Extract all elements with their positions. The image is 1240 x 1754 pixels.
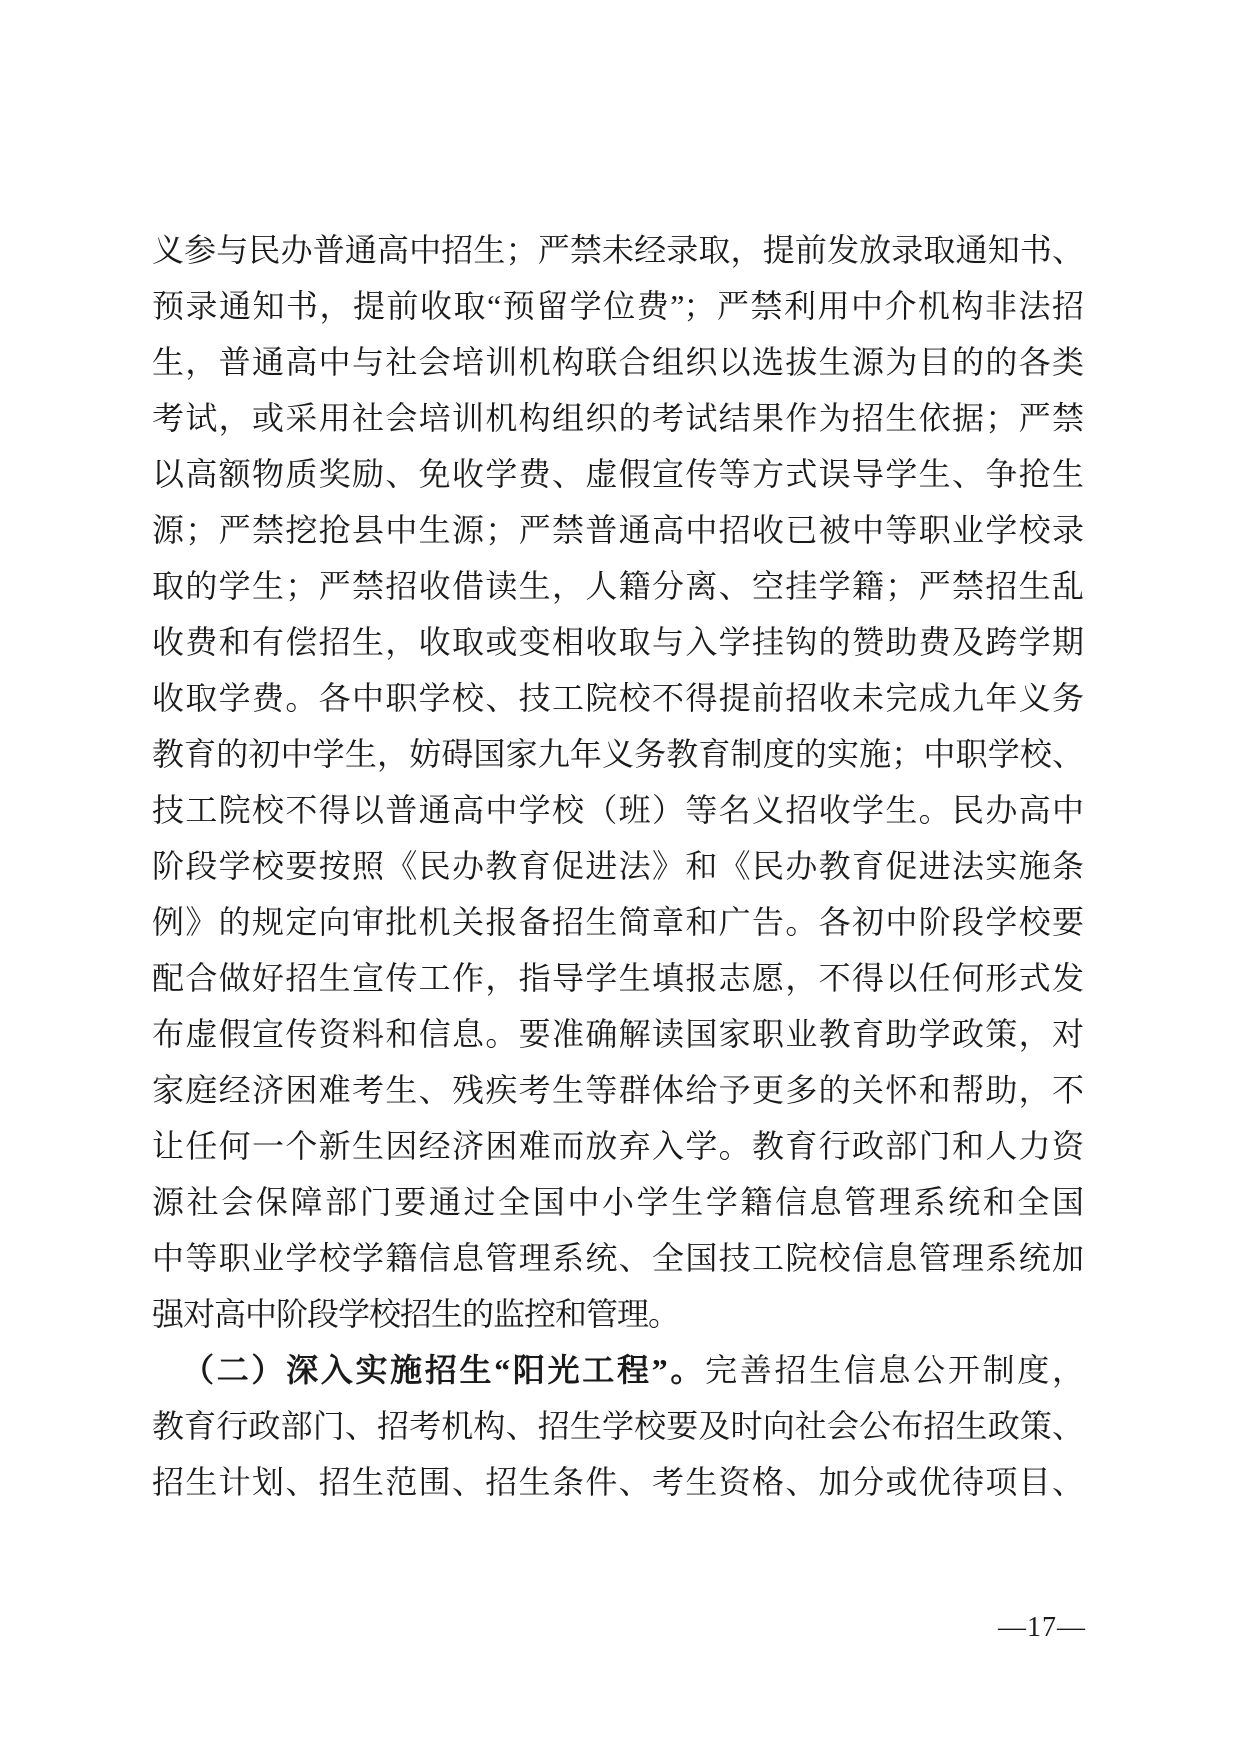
text-line: 预录通知书，提前收取“预留学位费”；严禁利用中介机构非法招	[152, 278, 1083, 334]
text-line: 让任何一个新生因经济困难而放弃入学。教育行政部门和人力资	[152, 1118, 1083, 1174]
text-line: 强对高中阶段学校招生的监控和管理。	[152, 1286, 1083, 1342]
text-line: 技工院校不得以普通高中学校（班）等名义招收学生。民办高中	[152, 782, 1083, 838]
document-page: 义参与民办普通高中招生；严禁未经录取，提前发放录取通知书、预录通知书，提前收取“…	[0, 0, 1240, 1754]
text-line: 例》的规定向审批机关报备招生简章和广告。各初中阶段学校要	[152, 894, 1083, 950]
text-line: 中等职业学校学籍信息管理系统、全国技工院校信息管理系统加	[152, 1230, 1083, 1286]
text-line: 义参与民办普通高中招生；严禁未经录取，提前发放录取通知书、	[152, 222, 1083, 278]
text-line: 以高额物质奖励、免收学费、虚假宣传等方式误导学生、争抢生	[152, 446, 1083, 502]
text-line: 生，普通高中与社会培训机构联合组织以选拔生源为目的的各类	[152, 334, 1083, 390]
text-line: 布虚假宣传资料和信息。要准确解读国家职业教育助学政策，对	[152, 1006, 1083, 1062]
text-line: 收费和有偿招生，收取或变相收取与入学挂钩的赞助费及跨学期	[152, 614, 1083, 670]
text-line: 源社会保障部门要通过全国中小学生学籍信息管理系统和全国	[152, 1174, 1083, 1230]
text-line: 阶段学校要按照《民办教育促进法》和《民办教育促进法实施条	[152, 838, 1083, 894]
text-line: （二）深入实施招生“阳光工程”。完善招生信息公开制度，	[152, 1342, 1083, 1398]
text-line: 收取学费。各中职学校、技工院校不得提前招收未完成九年义务	[152, 670, 1083, 726]
text-line: 教育的初中学生，妨碍国家九年义务教育制度的实施；中职学校、	[152, 726, 1083, 782]
text-line: 取的学生；严禁招收借读生，人籍分离、空挂学籍；严禁招生乱	[152, 558, 1083, 614]
text-line: 配合做好招生宣传工作，指导学生填报志愿，不得以任何形式发	[152, 950, 1083, 1006]
page-number: —17—	[998, 1612, 1086, 1644]
text-line: 考试，或采用社会培训机构组织的考试结果作为招生依据；严禁	[152, 390, 1083, 446]
body-text: 义参与民办普通高中招生；严禁未经录取，提前发放录取通知书、预录通知书，提前收取“…	[152, 222, 1083, 1510]
text-line: 源；严禁挖抢县中生源；严禁普通高中招收已被中等职业学校录	[152, 502, 1083, 558]
text-line: 家庭经济困难考生、残疾考生等群体给予更多的关怀和帮助，不	[152, 1062, 1083, 1118]
text-line: 教育行政部门、招考机构、招生学校要及时向社会公布招生政策、	[152, 1398, 1083, 1454]
text-line: 招生计划、招生范围、招生条件、考生资格、加分或优待项目、	[152, 1454, 1083, 1510]
paragraph-heading: （二）深入实施招生“阳光工程”。	[182, 1352, 705, 1388]
text-segment: 完善招生信息公开制度，	[705, 1352, 1083, 1388]
